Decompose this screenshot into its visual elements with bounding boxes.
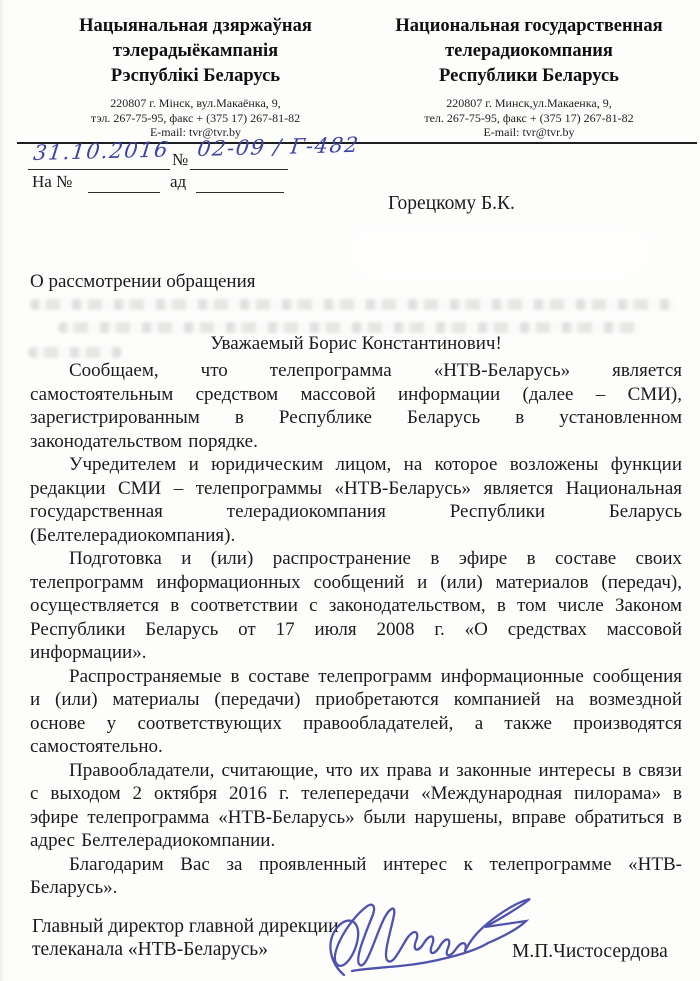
letterhead-right-title: Национальная государственная телерадиоко… — [366, 14, 692, 89]
body-paragraph: Правообладатели, считающие, что их права… — [30, 759, 682, 853]
letterhead-left: Нацыянальная дзяржаўная тэлерадыёкампані… — [28, 14, 363, 140]
letterhead-right-address: 220807 г. Минск,ул.Макаенка, 9, тел. 267… — [366, 96, 692, 140]
bleed-through-artifact — [58, 322, 643, 333]
salutation: Уважаемый Борис Константинович! — [30, 333, 682, 355]
address-line: 220807 г. Минск,ул.Макаенка, 9, — [366, 96, 692, 111]
address-line: тэл. 267-75-95, факс + (375 17) 267-81-8… — [28, 111, 363, 126]
letterhead-right-title-line: телерадиокомпания — [366, 39, 692, 64]
body-paragraph: Распространяемые в составе телепрограмм … — [30, 665, 682, 759]
letter-body: Сообщаем, что телепрограмма «НТВ-Беларус… — [30, 359, 682, 900]
date-underline — [28, 168, 170, 170]
letterhead-left-title-line: Рэспублікі Беларусь — [28, 64, 363, 89]
letterhead-left-title-line: Нацыянальная дзяржаўная — [28, 14, 363, 39]
signature-ink — [322, 893, 537, 981]
letterhead-right-title-line: Республики Беларусь — [366, 64, 692, 89]
address-line: 220807 г. Мінск, вул.Макаёнка, 9, — [28, 96, 363, 111]
signatory-name: М.П.Чистосердова — [512, 941, 668, 963]
handwritten-outgoing-number: 02-09 / Г-482 — [196, 133, 361, 161]
letterhead-right: Национальная государственная телерадиоко… — [366, 14, 692, 140]
address-line: тел. 267-75-95, факс + (375 17) 267-81-8… — [366, 111, 692, 126]
body-paragraph: Сообщаем, что телепрограмма «НТВ-Беларус… — [30, 359, 682, 453]
letterhead-left-address: 220807 г. Мінск, вул.Макаёнка, 9, тэл. 2… — [28, 96, 363, 140]
bleed-through-artifact — [30, 299, 675, 310]
incoming-from-underline — [196, 191, 284, 193]
signatory-role: Главный директор главной дирекции телека… — [32, 916, 339, 961]
number-sign-label: № — [172, 150, 188, 170]
signatory-role-line: Главный директор главной дирекции — [32, 916, 339, 939]
scanned-letter-page: Нацыянальная дзяржаўная тэлерадыёкампані… — [0, 0, 700, 981]
addressee: Горецкому Б.К. — [388, 193, 515, 215]
signatory-role-line: телеканала «НТВ-Беларусь» — [32, 939, 339, 962]
address-line: E-mail: tvr@tvr.by — [366, 125, 692, 140]
incoming-from-label: ад — [170, 172, 186, 192]
redacted-smudge — [350, 225, 650, 280]
handwritten-date: 31.10.2016 — [32, 137, 170, 165]
letterhead-right-title-line: Национальная государственная — [366, 14, 692, 39]
incoming-number-underline — [88, 191, 160, 193]
body-paragraph: Учредителем и юридическим лицом, на кото… — [30, 453, 682, 547]
subject-line: О рассмотрении обращения — [30, 271, 256, 293]
letterhead-left-title-line: тэлерадыёкампанія — [28, 39, 363, 64]
letterhead-left-title: Нацыянальная дзяржаўная тэлерадыёкампані… — [28, 14, 363, 89]
body-paragraph: Подготовка и (или) распространение в эфи… — [30, 547, 682, 665]
incoming-number-label: На № — [32, 172, 72, 192]
number-underline — [190, 168, 288, 170]
